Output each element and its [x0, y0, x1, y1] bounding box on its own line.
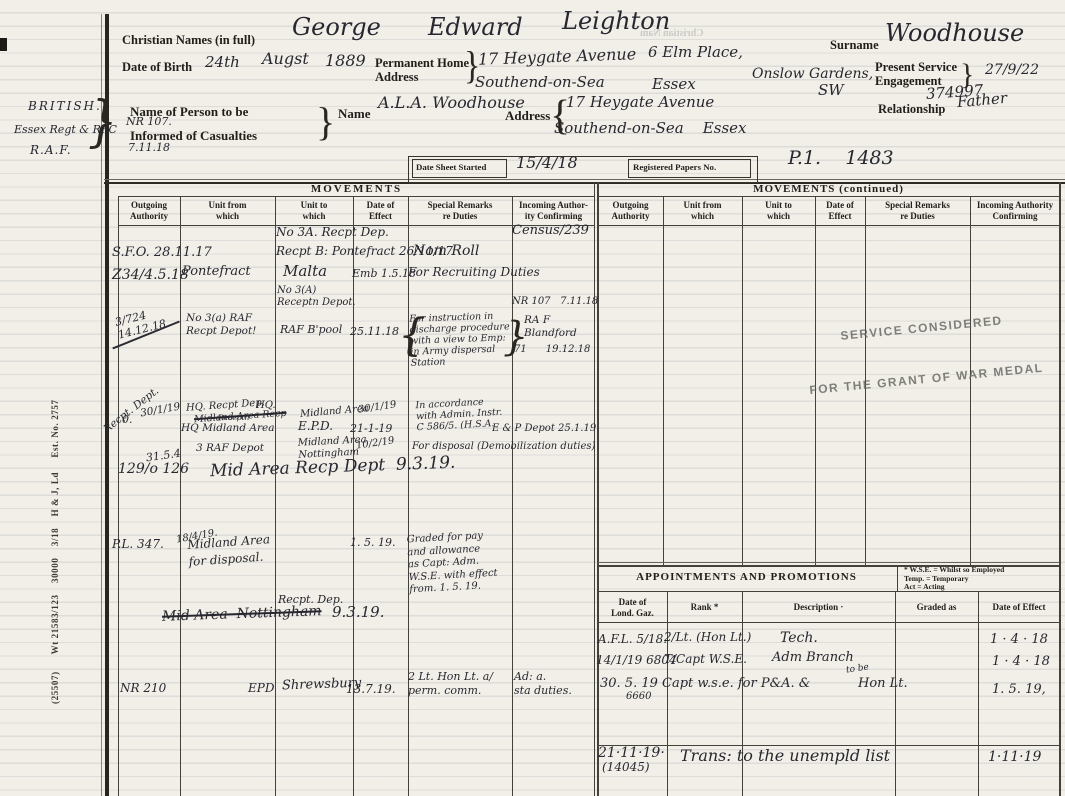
col-incoming-authority: Incoming Author- ity Confirming: [512, 200, 595, 221]
movements-cont-title-rule: [598, 196, 1059, 197]
mv-entry: Ad: a. sta duties.: [514, 670, 572, 698]
mv-entry: 25.11.18: [350, 326, 399, 339]
col-unit-from: Unit from which: [663, 200, 742, 221]
appointments-header-bottom-rule: [598, 622, 1059, 623]
mv-entry: No 3(a) RAF Recpt Depot!: [186, 312, 256, 338]
casualties-name-value: A.L.A. Woodhouse: [378, 94, 525, 112]
col-rank: Rank *: [667, 602, 742, 613]
col-date-of-effect: Date of Effect: [815, 200, 865, 221]
col-special-remarks: Special Remarks re Duties: [408, 200, 512, 221]
col-unit-to: Unit to which: [275, 200, 353, 221]
mv-entry: Malta: [283, 263, 327, 280]
mv-entry: Census/239: [512, 224, 589, 239]
appointments-top-thin: [598, 562, 1059, 563]
margin-nationality: BRITISH.: [28, 100, 102, 114]
col-outgoing-authority: Outgoing Authority: [598, 200, 663, 221]
col-description: Description ·: [742, 602, 895, 613]
casualties-address-line2: Southend-on-Sea Essex: [554, 120, 746, 137]
mv-entry: 30/1/19: [357, 399, 397, 416]
movements-col-line: [275, 196, 276, 796]
war-medal-stamp: SERVICE CONSIDERED FOR THE GRANT OF WAR …: [782, 273, 1065, 434]
mv-entry: 13.7.19.: [346, 683, 396, 697]
movements-col-line: [118, 196, 119, 796]
ap-entry: A.F.L. 5/18.: [598, 633, 667, 647]
dob-month: Augst: [262, 50, 309, 68]
mv-entry: No 3(A) Receptn Depot.: [277, 285, 356, 309]
mv-entry: Graded for pay and allowance as Capt: Ad…: [406, 530, 498, 597]
table-divider: [594, 182, 595, 796]
col-outgoing-authority: Outgoing Authority: [118, 200, 180, 221]
christian-name-first: George: [292, 14, 381, 42]
stamp-line2: FOR THE GRANT OF WAR MEDAL: [790, 358, 1062, 401]
movements-cont-col-line: [663, 196, 664, 565]
casualties-name-label: Name: [338, 106, 371, 122]
movements-cont-col-line: [742, 196, 743, 565]
home-address-county: Essex: [652, 76, 696, 93]
movements-col-line: [408, 196, 409, 796]
ap-entry: 1 · 4 · 18: [992, 655, 1050, 670]
margin-nr-date: 7.11.18: [128, 142, 170, 155]
alt-address-line2: Onslow Gardens,: [752, 66, 873, 82]
mv-entry: For disposal (Demobilization duties): [412, 441, 595, 453]
ap-entry: 2/Lt. (Hon Lt.): [664, 631, 751, 645]
ap-entry: 1 · 4 · 18: [990, 633, 1048, 648]
mv-entry: No 3A. Recpt Dep.: [276, 226, 389, 240]
mv-entry: Mid Area Recp Dept 9.3.19.: [210, 454, 456, 482]
mv-entry-struck: Mid Area Nottingham: [162, 603, 322, 625]
ap-entry: T/Capt W.S.E.: [664, 653, 747, 667]
col-graded-as: Graded as: [895, 602, 978, 613]
service-record-sheet: Christian Nam Christian Names (in full) …: [0, 0, 1065, 796]
movements-col-line: [512, 196, 513, 796]
mv-entry: Midland Area for disposal.: [187, 531, 272, 571]
mv-entry: Emb 1.5.18: [352, 268, 416, 281]
mv-entry: HQ Midland Area: [181, 422, 274, 434]
home-address-label: Permanent Home Address: [375, 56, 469, 84]
datesheet-value: 15/4/18: [516, 154, 578, 172]
dob-day: 24th: [205, 54, 240, 71]
alt-address-line3: SW: [818, 82, 844, 99]
wse-legend: * W.S.E. = Whilst so Employed Temp. = Te…: [904, 566, 1004, 592]
ap-entry: (14045): [602, 761, 650, 775]
movements-col-line: [180, 196, 181, 796]
mv-entry: P.L. 347.: [112, 538, 164, 552]
mv-entry: Z34/4.5.18: [112, 267, 189, 283]
casualties-brace: }: [316, 98, 335, 145]
mv-entry: E & P Depot 25.1.19: [492, 423, 596, 435]
mv-entry: RA F Blandford: [524, 314, 577, 340]
datesheet-label: Date Sheet Started: [416, 162, 486, 172]
ap-entry: 30. 5. 19: [600, 677, 658, 692]
mv-entry: HQ.: [256, 400, 276, 412]
mv-entry: 71 19.12.18: [514, 344, 590, 356]
mv-entry: 9.3.19.: [332, 604, 384, 621]
ap-entry: Trans: to the unempld list: [680, 747, 890, 765]
alt-address-line1: 6 Elm Place,: [648, 44, 743, 61]
mv-entry: Pontefract: [182, 265, 251, 280]
christian-name-middle: Edward: [428, 14, 523, 42]
mv-entry: NR 210: [120, 682, 166, 696]
ap-entry: 1. 5. 19,: [992, 683, 1046, 698]
surname-value: Woodhouse: [885, 20, 1024, 48]
mv-entry: 3/724 14.12.18: [114, 304, 168, 341]
mv-entry: Receptn: [218, 414, 249, 423]
mv-entry: In accordance with Admin. Instr. C 586/5…: [415, 396, 503, 433]
col-incoming-authority: Incoming Authority Confirming: [970, 200, 1060, 221]
ap-entry: Hon Lt.: [858, 677, 908, 692]
mv-entry: 129/o 126: [118, 461, 189, 477]
ap-entry: 6660: [626, 691, 651, 703]
ap-entry: 21·11·19·: [598, 745, 665, 761]
mv-entry: 3 RAF Depot: [196, 442, 264, 454]
movements-cont-title: MOVEMENTS (continued): [598, 184, 1059, 195]
appointments-title: APPOINTMENTS AND PROMOTIONS: [598, 572, 895, 583]
col-date-of-effect: Date of Effect: [353, 200, 408, 221]
ap-entry: Adm Branch: [772, 651, 854, 666]
ap-entry: Tech.: [780, 630, 818, 646]
home-address-line2: Southend-on-Sea: [475, 74, 605, 91]
mv-entry: NR 107 7.11.18: [512, 296, 598, 308]
mv-entry: E.P.D.: [298, 420, 333, 434]
mv-entry: 2 Lt. Hon Lt. a/ perm. comm.: [408, 670, 493, 698]
movements-cont-header-rule: [598, 225, 1059, 226]
mv-entry: EPD: [248, 682, 274, 696]
mv-entry: 1. 5. 19.: [350, 537, 395, 550]
scan-artifact: [0, 38, 7, 51]
mv-entry: For instruction in discharge procedure w…: [409, 310, 511, 368]
margin-nr: NR 107.: [126, 116, 172, 129]
col-date-of-effect: Date of Effect: [978, 602, 1060, 613]
col-special-remarks: Special Remarks re Duties: [865, 200, 970, 221]
mv-entry: Nom Roll: [413, 243, 479, 259]
movements-title: MOVEMENTS: [118, 184, 595, 195]
margin-raf: R.A.F.: [30, 144, 72, 158]
casualties-address-line1: 17 Heygate Avenue: [566, 94, 714, 111]
legend-divider: [897, 565, 898, 591]
stamp-line1: SERVICE CONSIDERED: [785, 307, 1057, 350]
mv-entry: 21-1-19: [350, 423, 392, 436]
mv-entry: For Recruiting Duties: [408, 266, 540, 280]
engagement-date: 27/9/22: [985, 62, 1039, 78]
col-unit-to: Unit to which: [742, 200, 815, 221]
ap-entry: 1·11·19: [988, 749, 1041, 765]
mv-entry: 0.: [122, 414, 133, 427]
christian-names-label: Christian Names (in full): [122, 33, 255, 48]
registered-papers-label: Registered Papers No.: [633, 162, 716, 172]
ap-entry-insert: to be: [845, 662, 869, 675]
margin-regiment: Essex Regt & RFC: [14, 124, 117, 137]
movements-title-rule: [118, 196, 595, 197]
relationship-label: Relationship: [878, 102, 945, 117]
home-address-line1: 17 Heygate Avenue: [478, 45, 637, 69]
right-table-edge: [1059, 182, 1061, 796]
registered-papers-value: P.1. 1483: [788, 148, 894, 170]
relationship-value: Father: [956, 90, 1007, 112]
col-date-lond-gaz: Date of Lond. Gaz.: [598, 597, 667, 618]
table-divider: [597, 182, 599, 796]
ap-entry: Capt w.s.e. for P&A. &: [662, 677, 810, 692]
printer-imprint: (25507) Wt 21583/123 30000 3/18 H & J, L…: [50, 399, 60, 704]
christian-name-third: Leighton: [562, 8, 670, 36]
mv-entry: RAF B'pool: [280, 324, 342, 337]
dob-year: 1889: [325, 52, 366, 70]
col-unit-from: Unit from which: [180, 200, 275, 221]
dob-label: Date of Birth: [122, 60, 192, 75]
mv-entry: S.F.O. 28.11.17: [112, 246, 212, 261]
surname-label: Surname: [830, 38, 879, 53]
